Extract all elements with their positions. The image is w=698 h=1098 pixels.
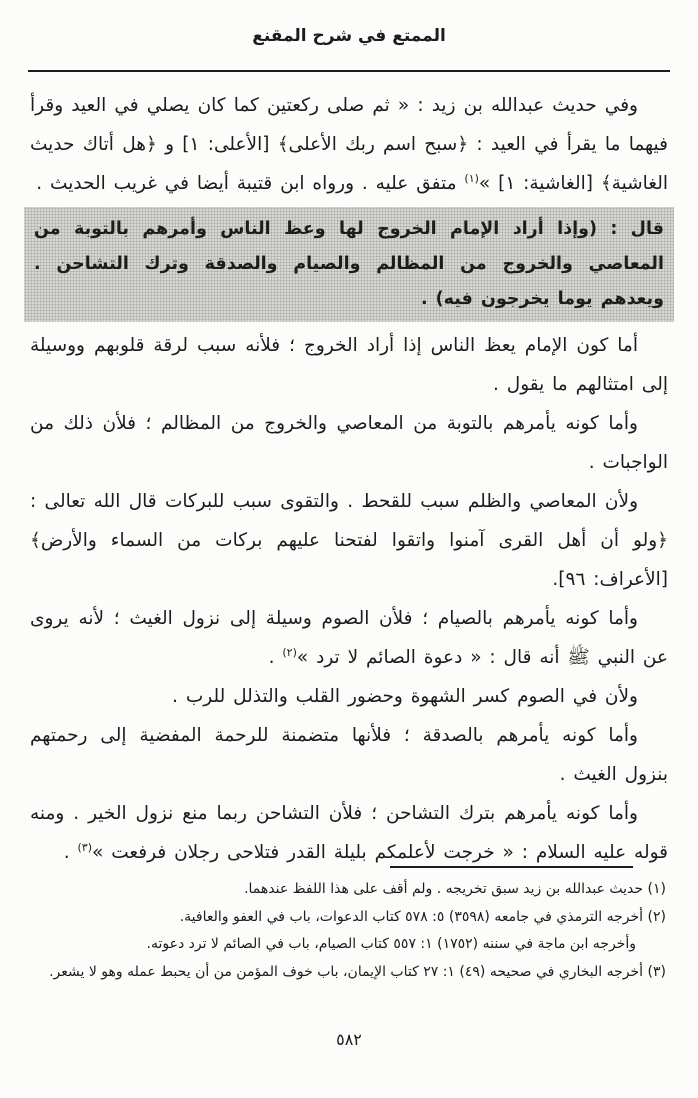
paragraph: وأما كونه يأمرهم بالتوبة من المعاصي والخ… (30, 404, 668, 482)
paragraph: وأما كونه يأمرهم بترك التشاحن ؛ فلأن الت… (30, 794, 668, 872)
footnote-line: (٢) أخرجه الترمذي في جامعه (٣٥٩٨) ٥: ٥٧٨… (30, 904, 666, 932)
page-number: ٥٨٢ (0, 1030, 698, 1049)
footnote-ref: (٢) (282, 646, 297, 659)
book-page: الممتع في شرح المقنع وفي حديث عبدالله بن… (0, 0, 698, 1098)
body-text: وفي حديث عبدالله بن زيد : « ثم صلى ركعتي… (30, 86, 668, 872)
footnote-line: (٣) أخرجه البخاري في صحيحه (٤٩) ١: ٢٧ كت… (30, 959, 666, 987)
paragraph: أما كون الإمام يعظ الناس إذا أراد الخروج… (30, 326, 668, 404)
footnote-separator (390, 866, 633, 868)
footnotes: (١) حديث عبدالله بن زيد سبق تخريجه . ولم… (30, 876, 666, 986)
footnote-marker: (٢) (643, 909, 666, 925)
text-run: ولأن المعاصي والظلم سبب للقحط . والتقوى … (30, 491, 668, 590)
text-run: . (64, 842, 78, 863)
text-run: متفق عليه . ورواه ابن قتيبة أيضا في غريب… (36, 173, 464, 194)
paragraph: وأما كونه يأمرهم بالصيام ؛ فلأن الصوم وس… (30, 599, 668, 677)
footnote-line: (١) حديث عبدالله بن زيد سبق تخريجه . ولم… (30, 876, 666, 904)
paragraph: وفي حديث عبدالله بن زيد : « ثم صلى ركعتي… (30, 86, 668, 203)
text-run: ولأن في الصوم كسر الشهوة وحضور القلب وال… (172, 686, 638, 707)
footnote-line: وأخرجه ابن ماجة في سننه (١٧٥٢) ١: ٥٥٧ كت… (30, 931, 666, 959)
text-run: وأما كونه يأمرهم بالصدقة ؛ فلأنها متضمنة… (30, 725, 668, 785)
text-run: . (269, 647, 283, 668)
header-rule (28, 70, 670, 72)
footnote-ref: (١) (464, 172, 479, 185)
text-run: أما كون الإمام يعظ الناس إذا أراد الخروج… (30, 335, 668, 395)
text-run: وأما كونه يأمرهم بالتوبة من المعاصي والخ… (30, 413, 668, 473)
text-run: وأما كونه يأمرهم بالصيام ؛ فلأن الصوم وس… (30, 608, 668, 668)
text-run: وأما كونه يأمرهم بترك التشاحن ؛ فلأن الت… (30, 803, 668, 863)
text-run: قال : (وإذا أراد الإمام الخروج لها وعظ ا… (34, 219, 664, 309)
footnote-ref: (٣) (77, 841, 92, 854)
paragraph: وأما كونه يأمرهم بالصدقة ؛ فلأنها متضمنة… (30, 716, 668, 794)
book-title: الممتع في شرح المقنع (0, 0, 698, 46)
paragraph: ولأن في الصوم كسر الشهوة وحضور القلب وال… (30, 677, 668, 716)
footnote-marker: (٣) (643, 964, 666, 980)
paragraph: ولأن المعاصي والظلم سبب للقحط . والتقوى … (30, 482, 668, 599)
matn-paragraph: قال : (وإذا أراد الإمام الخروج لها وعظ ا… (24, 207, 674, 322)
footnote-marker: (١) (643, 881, 666, 897)
